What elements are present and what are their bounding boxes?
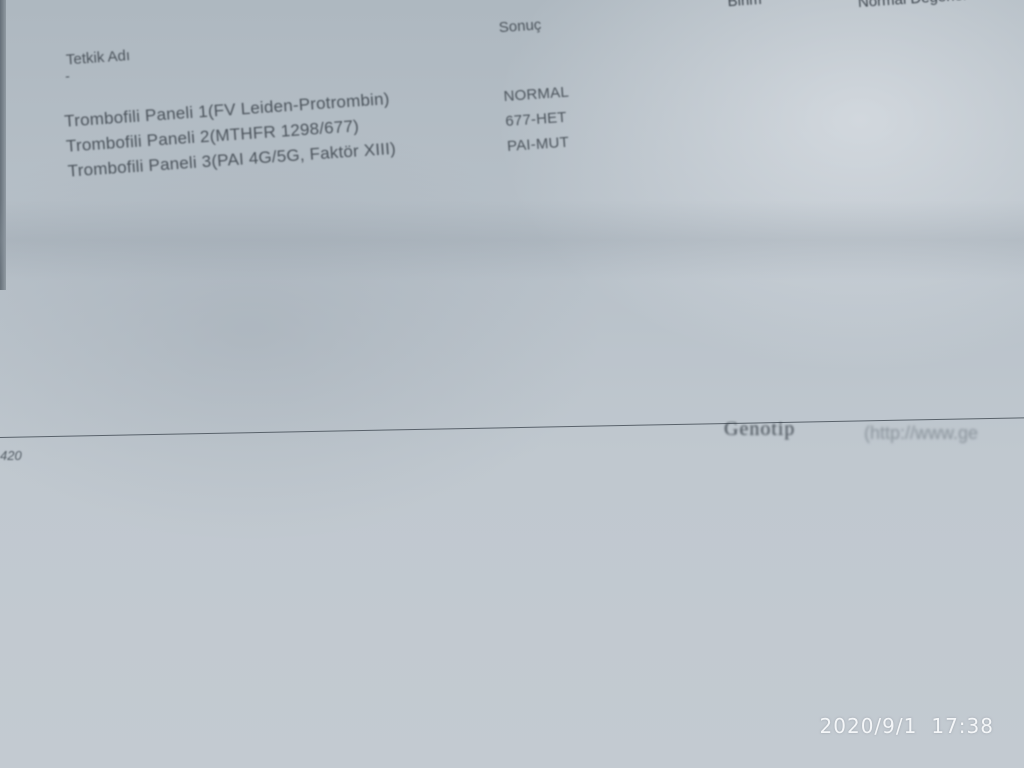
footer-url: (http://www.ge — [864, 423, 978, 444]
column-header-result: Sonuç — [498, 16, 542, 36]
camera-timestamp: 2020/9/117:38 — [820, 714, 994, 738]
timestamp-time: 17:38 — [931, 714, 994, 738]
timestamp-date: 2020/9/1 — [820, 714, 918, 738]
column-header-unit: Birim — [727, 0, 762, 10]
header-dash: - — [65, 67, 71, 83]
lab-logo: Genotip — [724, 418, 795, 441]
footer-code: 420 — [0, 448, 22, 463]
test-result: PAI-MUT — [507, 134, 570, 155]
document-photo: Tetkik Adı - Sonuç Birim Normal Değerler… — [0, 0, 1024, 768]
column-header-reference: Normal Değerler — [857, 0, 968, 11]
column-header-test-name: Tetkik Adı — [65, 47, 130, 68]
lab-results-table: Tetkik Adı - Sonuç Birim Normal Değerler… — [0, 0, 1024, 768]
